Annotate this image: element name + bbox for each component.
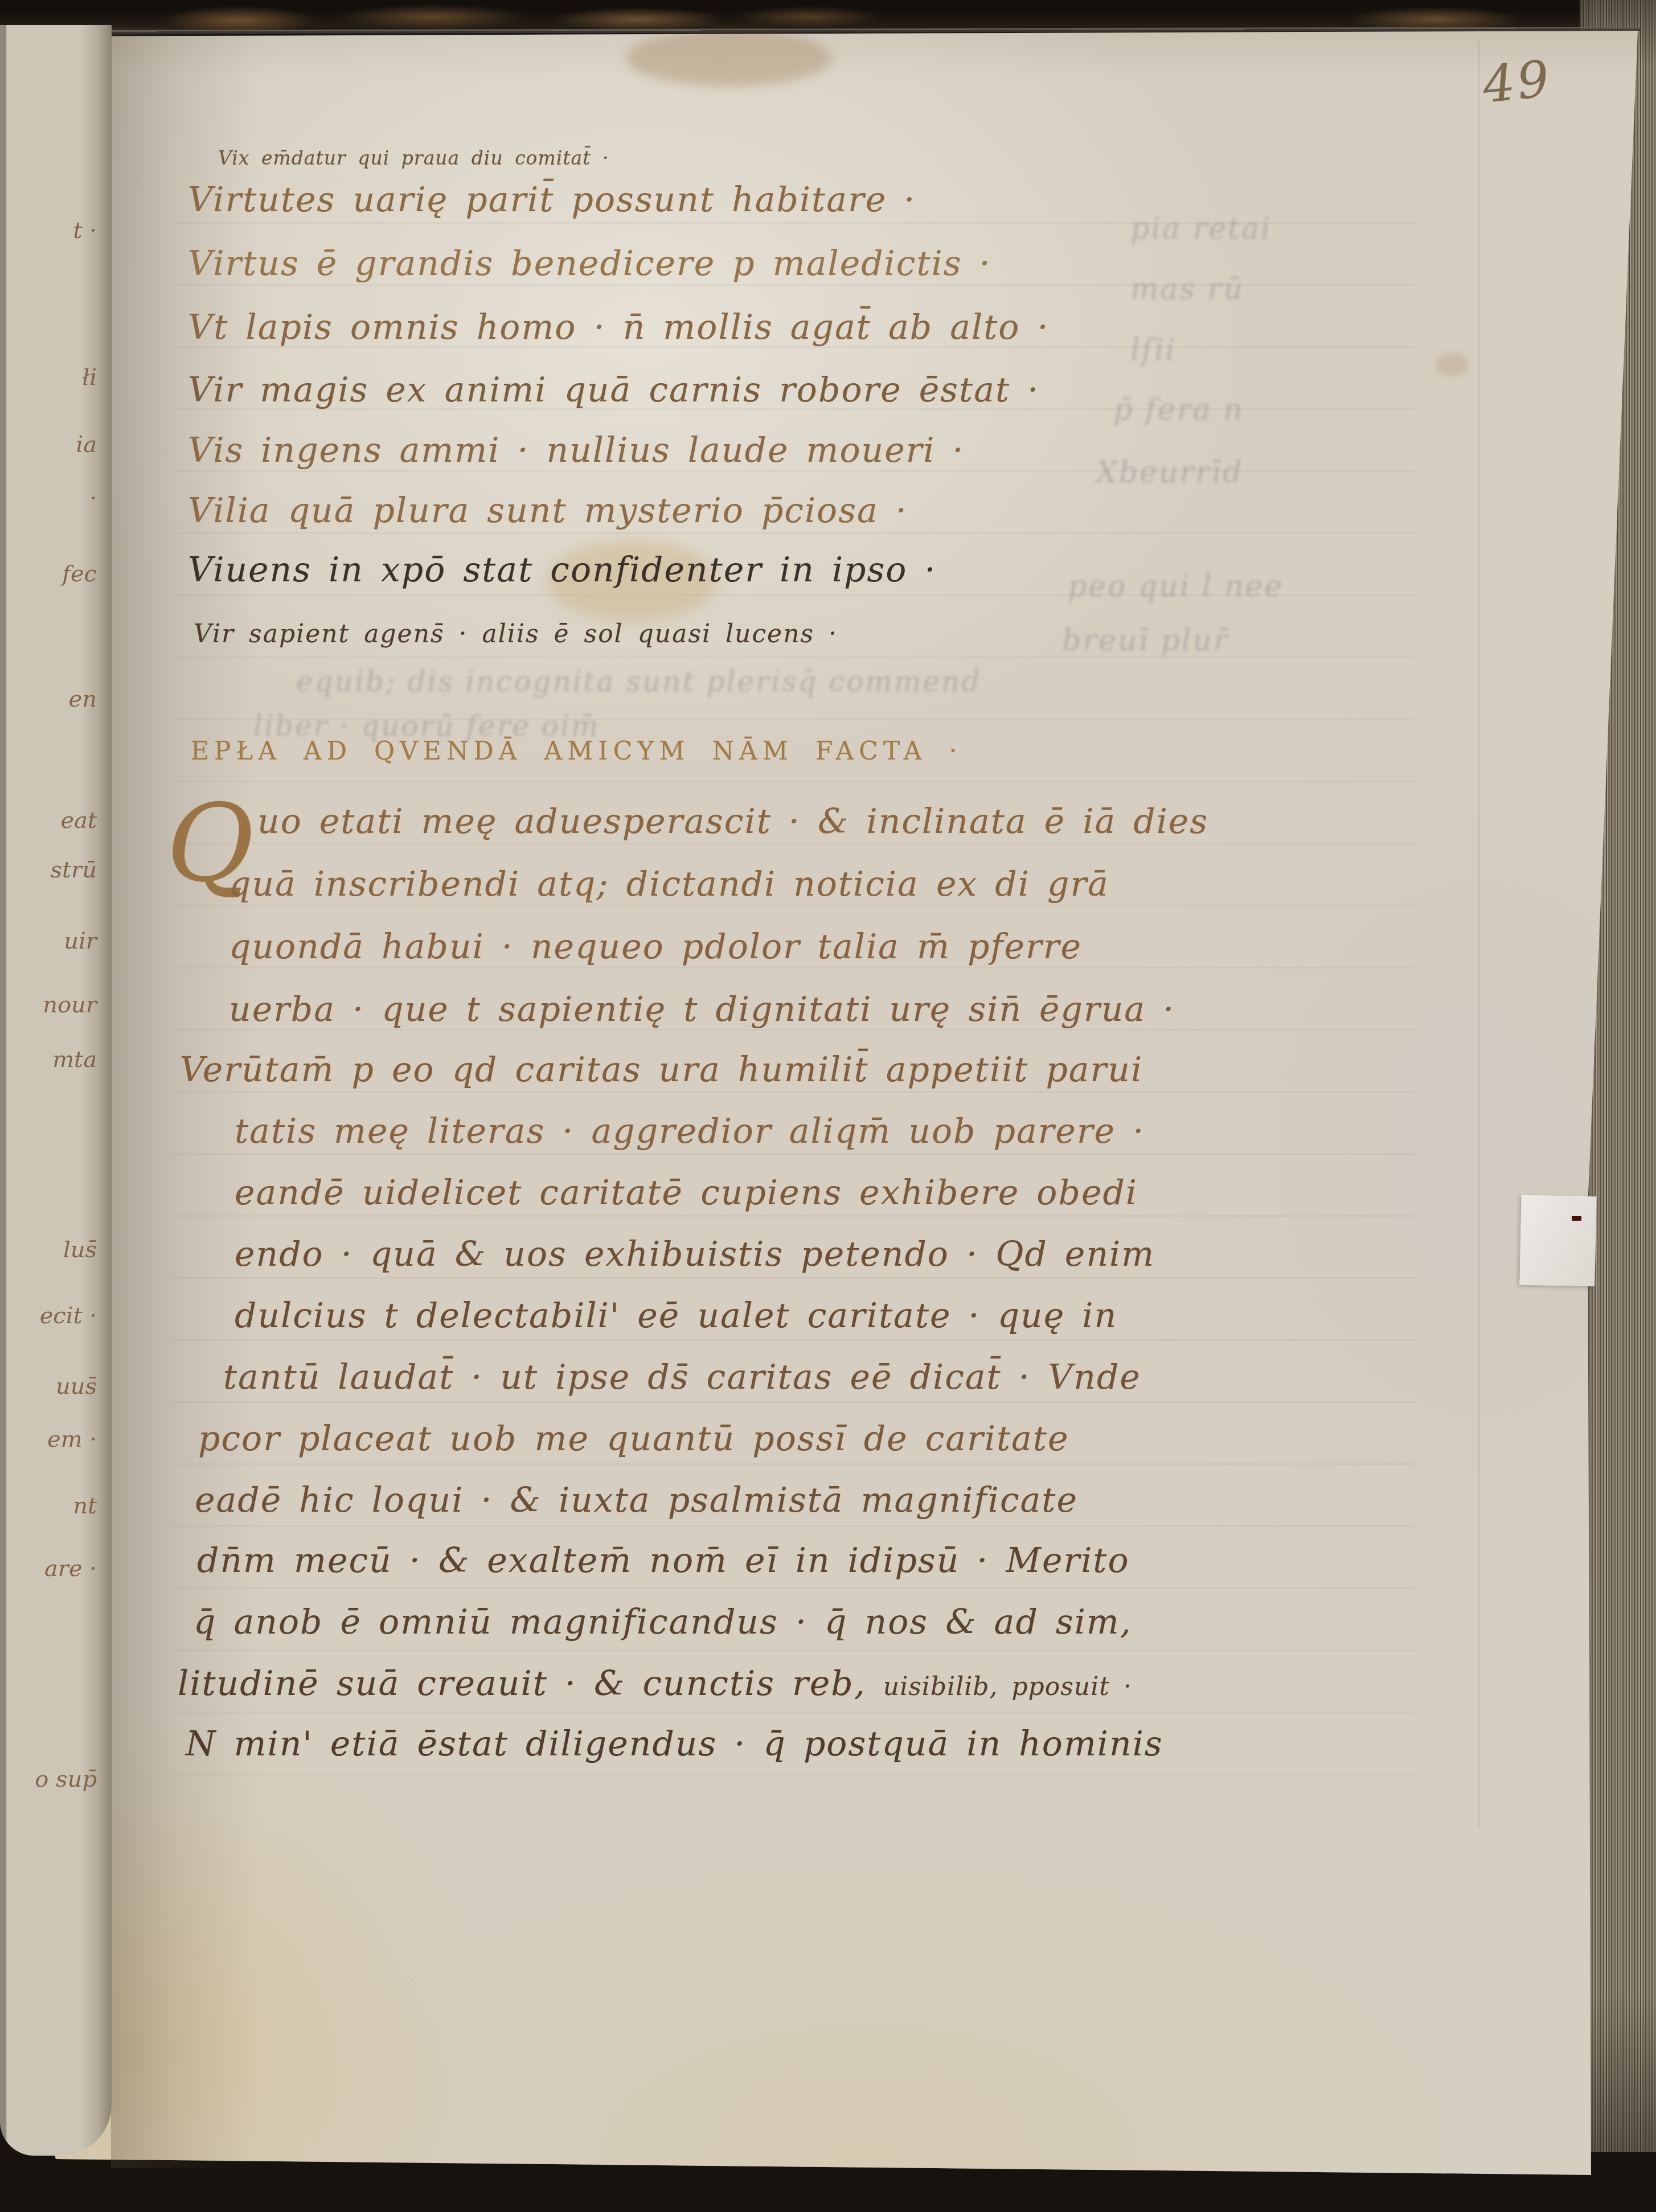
gutter-fragment: mta — [52, 1047, 97, 1073]
body-line: uerba · que t sapientię t dignitati urę … — [229, 990, 1175, 1029]
showthrough-fragment: p̄ fera n — [1113, 393, 1244, 427]
showthrough-fragment: lſii — [1130, 333, 1177, 367]
gutter-fragment: fec — [62, 561, 97, 587]
poem-line: Vilia quā plura sunt mysterio p̄ciosa · — [188, 491, 908, 531]
body-line: litudinē suā creauit · & cunctis reb, ui… — [178, 1664, 1132, 1704]
poem-line: Vis ingens ammi · nullius laude moueri · — [188, 430, 965, 470]
poem-line: Vir magis ex animi quā carnis robore ēst… — [188, 370, 1039, 410]
gutter-fragment: strū — [51, 857, 97, 883]
body-line: uo etati meę aduesperascit · & inclinata… — [257, 802, 1208, 842]
gutter-fragment: nour — [43, 992, 97, 1018]
body-line: quondā habui · nequeo pdolor talia m̄ pf… — [229, 927, 1082, 967]
book-gutter-facing-folio-edge: t · łi ia · fec en eat strū uir nour mta… — [0, 25, 112, 2156]
body-line: eadē hic loqui · & iuxta psalmistā magni… — [195, 1480, 1078, 1520]
body-line: quā inscribendi atq; dictandi noticia ex… — [229, 864, 1109, 904]
body-line: endo · quā & uos exhibuistis petendo · Q… — [235, 1234, 1155, 1274]
poem-line: Viuens in xpō stat confidenter in ipso · — [188, 550, 937, 590]
parchment-crease — [1478, 40, 1479, 1828]
body-line: N min' etiā ēstat diligendus · q̄ postqu… — [186, 1724, 1163, 1764]
body-line-main: litudinē suā creauit · & cunctis reb, — [178, 1664, 866, 1704]
marginal-note: Vix em̄datur qui praua diu comitat̄ · — [218, 147, 609, 169]
body-line: Verūtam̄ p eo qd caritas ura humilit̄ ap… — [180, 1050, 1143, 1090]
gutter-fragment: are · — [44, 1556, 97, 1582]
body-line: q̄ anob ē omniū magnificandus · q̄ nos &… — [194, 1602, 1132, 1642]
gutter-fragment: lus̄ — [63, 1237, 97, 1263]
gutter-fragment: · — [89, 485, 97, 511]
body-line: pcor placeat uob me quantū possī de cari… — [198, 1419, 1069, 1459]
gutter-fragment: uir — [64, 928, 97, 954]
poem-line: Virtutes uarię parit̄ possunt habitare · — [188, 180, 916, 220]
body-line: tatis meę literas · aggredior aliqm̄ uob… — [235, 1111, 1145, 1151]
folio-number: 49 — [1480, 49, 1554, 114]
gutter-fragment: o sup̄ — [35, 1766, 97, 1792]
gutter-fragment: eat — [60, 807, 97, 834]
repair-patch — [1519, 1195, 1596, 1287]
body-line: tantū laudat̄ · ut ipse ds̄ caritas eē d… — [223, 1357, 1141, 1397]
body-line: dulcius t delectabili' eē ualet caritate… — [235, 1296, 1117, 1336]
showthrough-fragment: mas rū — [1130, 272, 1244, 306]
repair-patch-ink-mark — [1572, 1216, 1581, 1221]
gutter-fragment: ecit · — [40, 1303, 97, 1329]
body-line: eandē uidelicet caritatē cupiens exhiber… — [235, 1173, 1138, 1213]
stain — [1435, 353, 1469, 376]
gutter-fragment: uus̄ — [56, 1373, 97, 1400]
gutter-fragment: ia — [76, 432, 97, 458]
stain — [626, 30, 831, 87]
body-line-small-tail: uisibilib, pposuit · — [883, 1672, 1132, 1701]
showthrough-fragment: pia retai — [1130, 212, 1272, 246]
showthrough-fragment: equib; dis incognita sunt plerisq̄ comme… — [296, 665, 981, 698]
poem-line: Vt lapis omnis homo · n̄ mollis agat̄ ab… — [188, 307, 1050, 347]
gutter-fragment: łi — [82, 364, 97, 391]
showthrough-fragment: breuī plur̄ — [1062, 623, 1229, 658]
poem-line-small: Vir sapient agens̄ · aliis ē sol quasi l… — [194, 619, 838, 649]
poem-line: Virtus ē grandis benedicere p maledictis… — [188, 244, 991, 284]
body-line: dn̄m mecū · & exaltem̄ nom̄ eī in idipsū… — [197, 1541, 1130, 1581]
gutter-fragment: t · — [73, 217, 97, 244]
gutter-fragment: em · — [47, 1426, 97, 1452]
showthrough-fragment: Xbeurrīd — [1096, 455, 1243, 490]
gutter-fragment: en — [69, 686, 97, 712]
manuscript-photo: 49 Vix em̄datur qui praua diu comitat̄ ·… — [0, 0, 1656, 2212]
section-heading: EPŁA AD QVENDĀ AMICYM NĀM FACTA · — [191, 737, 962, 766]
gutter-fragment: nt — [73, 1493, 97, 1519]
showthrough-fragment: peo qui l nee — [1068, 569, 1284, 604]
